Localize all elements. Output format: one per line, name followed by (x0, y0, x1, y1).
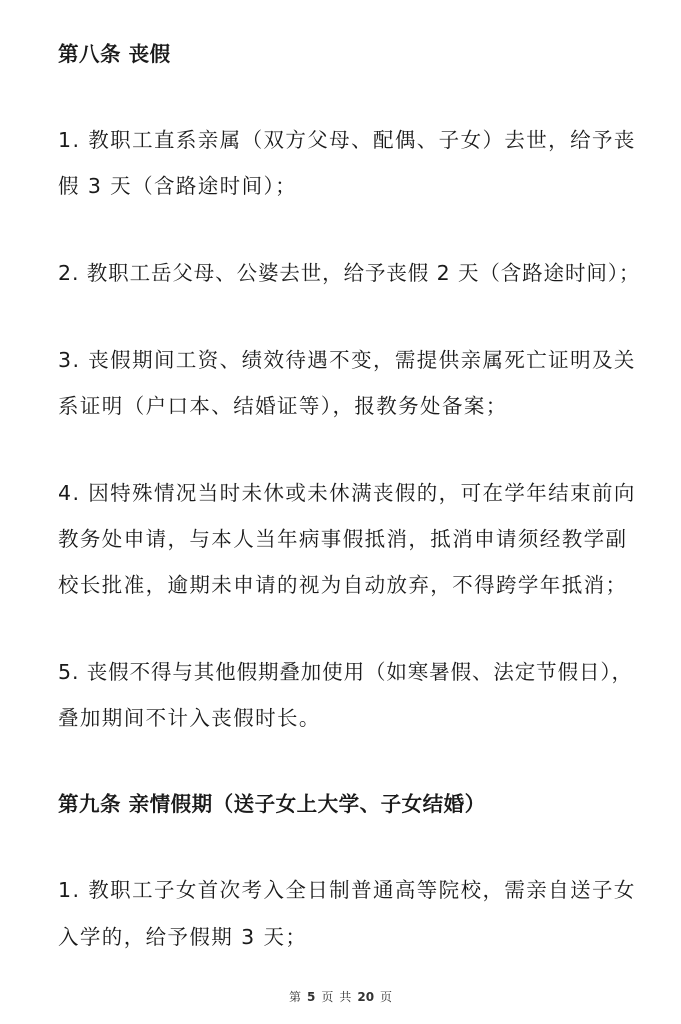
paragraph-line: 叠加期间不计入丧假时长。 (58, 704, 648, 732)
paragraph-line: 假 3 天（含路途时间）； (58, 172, 648, 200)
section-heading-article-9: 第九条 亲情假期（送子女上大学、子女结婚） (58, 790, 648, 818)
paragraph-line: 系证明（户口本、结婚证等），报教务处备案； (58, 392, 648, 420)
paragraph-line: 校长批准，逾期未申请的视为自动放弃，不得跨学年抵消； (58, 571, 648, 599)
section-heading-article-8: 第八条 丧假 (58, 40, 648, 68)
paragraph-line: 入学的，给予假期 3 天； (58, 923, 648, 951)
paragraph-line: 教务处申请，与本人当年病事假抵消，抵消申请须经教学副 (58, 525, 648, 553)
current-page-number: 5 (307, 990, 315, 1004)
page-footer: 第5页共20页 (0, 988, 681, 1005)
footer-page-label: 页 (321, 990, 333, 1004)
paragraph-line: 1. 教职工子女首次考入全日制普通高等院校，需亲自送子女 (58, 876, 648, 904)
footer-total-label: 共 (339, 990, 351, 1004)
paragraph-line: 2. 教职工岳父母、公婆去世，给予丧假 2 天（含路途时间）； (58, 259, 648, 287)
paragraph-line: 5. 丧假不得与其他假期叠加使用（如寒暑假、法定节假日）， (58, 658, 648, 686)
paragraph-line: 1. 教职工直系亲属（双方父母、配偶、子女）去世，给予丧 (58, 126, 648, 154)
total-pages-number: 20 (357, 990, 374, 1004)
paragraph-line: 3. 丧假期间工资、绩效待遇不变，需提供亲属死亡证明及关 (58, 346, 648, 374)
footer-suffix: 页 (380, 990, 392, 1004)
footer-prefix: 第 (289, 990, 301, 1004)
paragraph-line: 4. 因特殊情况当时未休或未休满丧假的，可在学年结束前向 (58, 479, 648, 507)
